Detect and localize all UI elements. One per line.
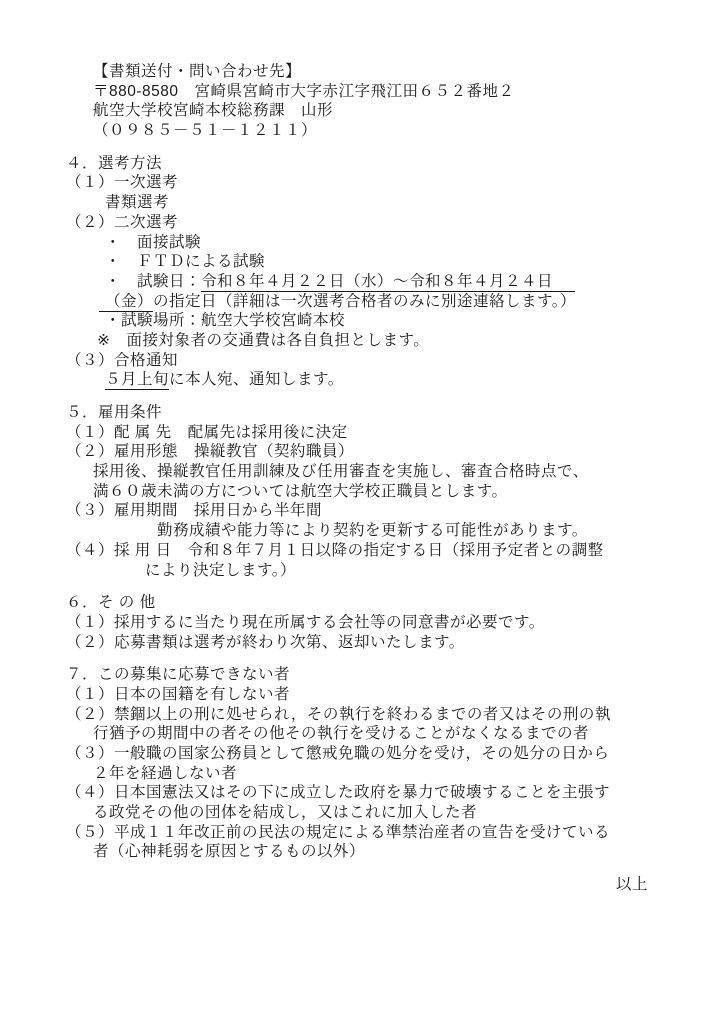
ineligible-item-3-continuation: ２年を経過しない者: [0, 764, 724, 784]
section-4-title: ４．選考方法: [0, 154, 724, 174]
selection-exam-date-continuation: （金）の指定日（詳細は一次選考合格者のみに別途連絡します。）: [0, 292, 724, 312]
contact-office: 航空大学校宮崎本校総務課 山形: [0, 101, 724, 121]
section-spacer: [0, 862, 724, 875]
exam-date-label: ・ 試験日：: [105, 273, 201, 290]
selection-bullet-exam-date: ・ 試験日：令和８年４月２２日（水）～令和８年４月２４日: [0, 272, 724, 292]
selection-notice: ５月上旬に本人宛、通知します。: [0, 370, 724, 390]
notice-rest: に本人宛、通知します。: [169, 371, 344, 388]
closing-text: 以上: [0, 875, 724, 895]
contact-address: 〒880-8580 宮崎県宮崎市大字赤江字飛江田６５２番地２: [0, 82, 724, 102]
exam-date-note: の指定日（詳細は一次選考合格者のみに別途連絡します。）: [153, 293, 576, 310]
selection-item-2: （２）二次選考: [0, 213, 724, 233]
contact-heading: 【書類送付・問い合わせ先】: [0, 62, 724, 82]
selection-bullet-interview: ・ 面接試験: [0, 233, 724, 253]
exam-date-day-underlined: （金）: [99, 293, 153, 312]
employment-item-4: （４）採 用 日 令和８年７月１日以降の指定する日（採用予定者との調整: [0, 541, 724, 561]
section-6-title: ６．そ の 他: [0, 593, 724, 613]
ineligible-item-4: （４）日本国憲法又はその下に成立した政府を暴力で破壊することを主張す: [0, 783, 724, 803]
ineligible-item-2-continuation: 行猶予の期間中の者その他その執行を受けることがなくなるまでの者: [0, 724, 724, 744]
selection-bullet-exam-place: ・試験場所：航空大学校宮崎本校: [0, 311, 724, 331]
section-spacer: [0, 580, 724, 593]
employment-item-3-note: 勤務成績や能力等により契約を更新する可能性があります。: [0, 521, 724, 541]
section-7-title: ７．この募集に応募できない者: [0, 665, 724, 685]
selection-item-1: （１）一次選考: [0, 173, 724, 193]
employment-item-1: （１）配 属 先 配属先は採用後に決定: [0, 423, 724, 443]
employment-item-2-note-2: 満６０歳未満の方については航空大学校正職員とします。: [0, 482, 724, 502]
section-5-title: ５．雇用条件: [0, 403, 724, 423]
selection-bullet-ftd: ・ ＦＴＤによる試験: [0, 252, 724, 272]
selection-transport-note: ※ 面接対象者の交通費は各自負担とします。: [0, 331, 724, 351]
ineligible-item-2: （２）禁錮以上の刑に処せられ，その執行を終わるまでの者又はその刑の執: [0, 705, 724, 725]
ineligible-item-3: （３）一般職の国家公務員として懲戒免職の処分を受け，その処分の日から: [0, 744, 724, 764]
ineligible-item-5: （５）平成１１年改正前の民法の規定による準禁治産者の宣告を受けている: [0, 823, 724, 843]
employment-item-2-note-1: 採用後、操縦教官任用訓練及び任用審査を実施し、審査合格時点で、: [0, 462, 724, 482]
other-item-1: （１）採用するに当たり現在所属する会社等の同意書が必要です。: [0, 613, 724, 633]
selection-item-3: （３）合格通知: [0, 351, 724, 371]
employment-item-4-continuation: により決定します。）: [0, 561, 724, 581]
notice-date-underlined: ５月上旬: [105, 371, 169, 390]
contact-phone: （０９８５－５１－１２１１）: [0, 121, 724, 141]
section-spacer: [0, 141, 724, 154]
employment-item-3: （３）雇用期間 採用日から半年間: [0, 501, 724, 521]
exam-date-underlined: 令和８年４月２２日（水）～令和８年４月２４日: [201, 273, 575, 292]
ineligible-item-4-continuation: る政党その他の団体を結成し，又はこれに加入した者: [0, 803, 724, 823]
ineligible-item-5-continuation: 者（心神耗弱を原因とするもの以外）: [0, 842, 724, 862]
section-spacer: [0, 652, 724, 665]
other-item-2: （２）応募書類は選考が終わり次第、返却いたします。: [0, 633, 724, 653]
selection-item-1-detail: 書類選考: [0, 193, 724, 213]
document-page: 【書類送付・問い合わせ先】 〒880-8580 宮崎県宮崎市大字赤江字飛江田６５…: [0, 0, 724, 1024]
employment-item-2: （２）雇用形態 操縦教官（契約職員）: [0, 442, 724, 462]
section-spacer: [0, 390, 724, 403]
ineligible-item-1: （１）日本の国籍を有しない者: [0, 685, 724, 705]
